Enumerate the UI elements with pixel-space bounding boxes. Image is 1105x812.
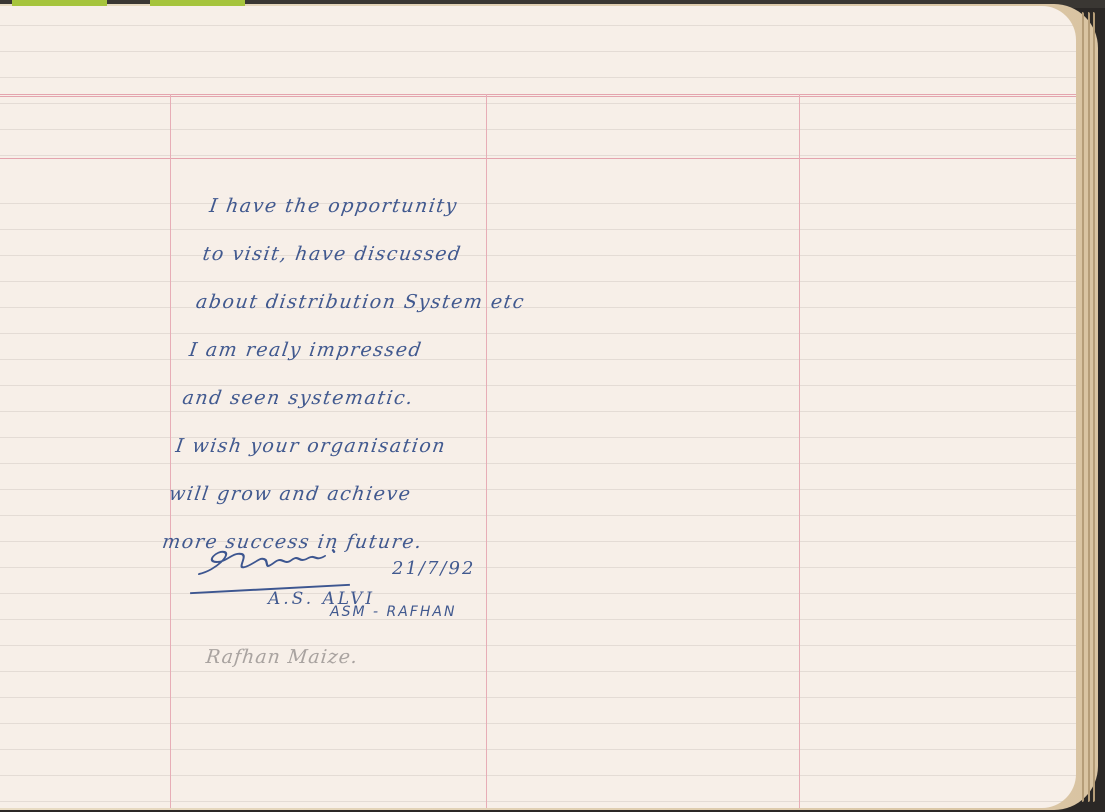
header-rule-bottom xyxy=(0,158,1076,159)
column-rule xyxy=(799,94,800,808)
handwritten-entry: I have the opportunity to visit, have di… xyxy=(159,182,542,566)
entry-line: I have the opportunity xyxy=(206,182,542,230)
entry-line: and seen systematic. xyxy=(179,374,515,422)
entry-line: will grow and achieve xyxy=(166,470,502,518)
entry-line: to visit, have discussed xyxy=(199,230,535,278)
column-rule xyxy=(170,94,171,808)
header-rule-top xyxy=(0,94,1076,97)
signer-title: ASM - RAFHAN xyxy=(330,604,456,620)
entry-line: I wish your organisation xyxy=(173,422,509,470)
page-edge xyxy=(1093,12,1095,802)
page-edge xyxy=(1082,12,1084,802)
pencil-note: Rafhan Maize. xyxy=(205,646,359,668)
ledger-page: I have the opportunity to visit, have di… xyxy=(0,6,1076,808)
entry-line: about distribution System etc xyxy=(193,278,529,326)
entry-date: 21/7/92 xyxy=(392,558,475,579)
page-edge xyxy=(1088,12,1090,802)
entry-line: I am realy impressed xyxy=(186,326,522,374)
signature-icon xyxy=(193,544,355,580)
signature-scribble xyxy=(191,544,355,586)
